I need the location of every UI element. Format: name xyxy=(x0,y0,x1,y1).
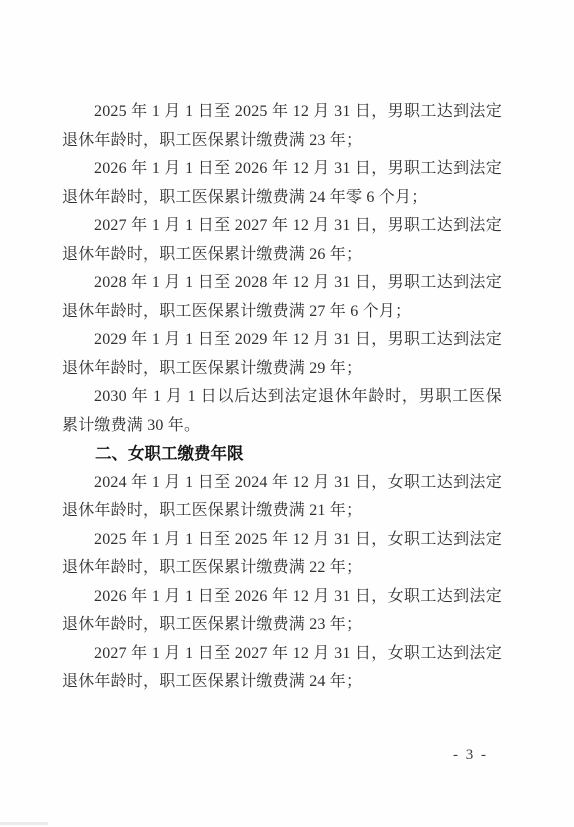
paragraph-male-2025: 2025 年 1 月 1 日至 2025 年 12 月 31 日，男职工达到法定… xyxy=(62,98,502,155)
paragraph-male-2028: 2028 年 1 月 1 日至 2028 年 12 月 31 日，男职工达到法定… xyxy=(62,269,502,326)
section-heading-female-workers: 二、女职工缴费年限 xyxy=(62,440,502,469)
paragraph-female-2027: 2027 年 1 月 1 日至 2027 年 12 月 31 日，女职工达到法定… xyxy=(62,640,502,697)
paragraph-female-2026: 2026 年 1 月 1 日至 2026 年 12 月 31 日，女职工达到法定… xyxy=(62,583,502,640)
paragraph-female-2024: 2024 年 1 月 1 日至 2024 年 12 月 31 日，女职工达到法定… xyxy=(62,469,502,526)
document-page: 2025 年 1 月 1 日至 2025 年 12 月 31 日，男职工达到法定… xyxy=(0,0,574,827)
paragraph-male-2026: 2026 年 1 月 1 日至 2026 年 12 月 31 日，男职工达到法定… xyxy=(62,155,502,212)
scan-artifact xyxy=(0,822,48,825)
paragraph-male-2027: 2027 年 1 月 1 日至 2027 年 12 月 31 日，男职工达到法定… xyxy=(62,212,502,269)
paragraph-female-2025: 2025 年 1 月 1 日至 2025 年 12 月 31 日，女职工达到法定… xyxy=(62,526,502,583)
document-content: 2025 年 1 月 1 日至 2025 年 12 月 31 日，男职工达到法定… xyxy=(62,98,502,697)
paragraph-male-2029: 2029 年 1 月 1 日至 2029 年 12 月 31 日，男职工达到法定… xyxy=(62,326,502,383)
paragraph-male-2030: 2030 年 1 月 1 日以后达到法定退休年龄时，男职工医保累计缴费满 30 … xyxy=(62,383,502,440)
page-number: - 3 - xyxy=(453,747,488,764)
